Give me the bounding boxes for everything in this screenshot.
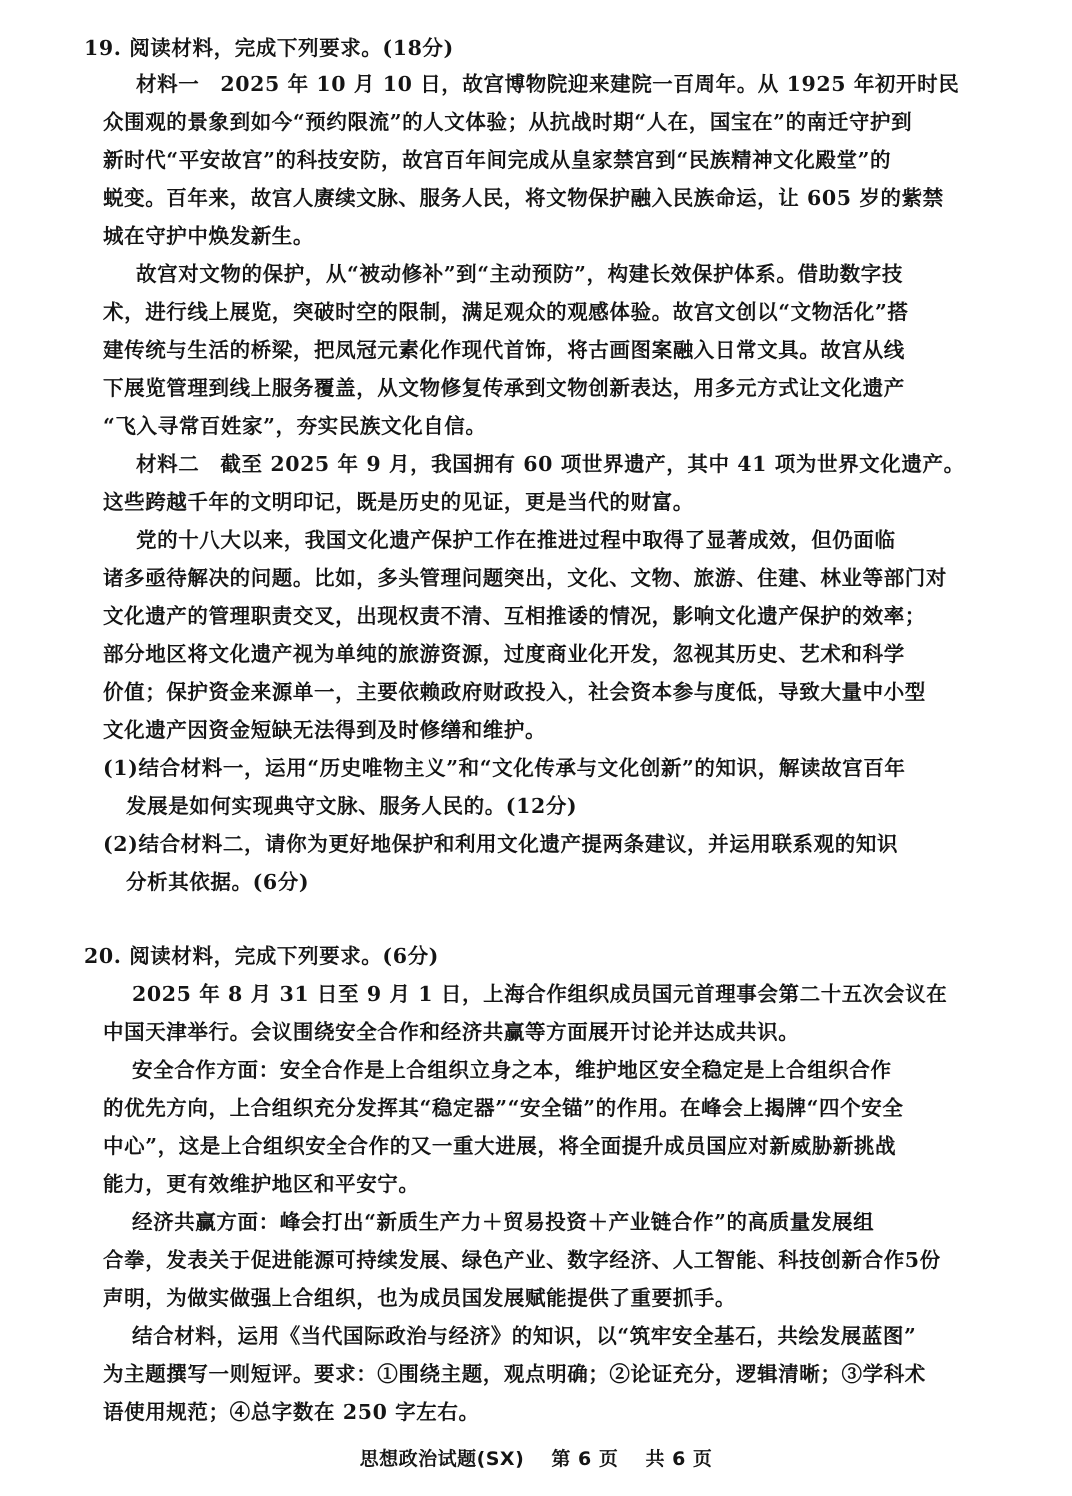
paragraph-line: 分析其依据。(6分)	[126, 868, 309, 896]
paragraph-line: 新时代“平安故宫”的科技安防，故宫百年间完成从皇家禁宫到“民族精神文化殿堂”的	[103, 146, 891, 174]
paragraph-line: 术，进行线上展览，突破时空的限制，满足观众的观感体验。故宫文创以“文物活化”搭	[103, 298, 908, 326]
footer-total-pages: 共 6 页	[645, 1448, 712, 1470]
paragraph-line: (1)结合材料一，运用“历史唯物主义”和“文化传承与文化创新”的知识，解读故宫百…	[103, 754, 905, 782]
paragraph-line: 的优先方向，上合组织充分发挥其“稳定器”“安全锚”的作用。在峰会上揭牌“四个安全	[103, 1094, 903, 1122]
paragraph-line: 声明，为做实做强上合组织，也为成员国发展赋能提供了重要抓手。	[103, 1284, 736, 1312]
paragraph-line: (2)结合材料二，请你为更好地保护和利用文化遗产提两条建议，并运用联系观的知识	[103, 830, 898, 858]
paragraph-line: 文化遗产的管理职责交叉，出现权责不清、互相推诿的情况，影响文化遗产保护的效率；	[103, 602, 926, 630]
page-footer: 思想政治试题(SX) 第 6 页 共 6 页	[0, 1446, 1072, 1472]
paragraph-line: 2025 年 8 月 31 日至 9 月 1 日，上海合作组织成员国元首理事会第…	[132, 980, 947, 1008]
footer-page-number: 第 6 页	[551, 1448, 618, 1470]
q19-title: 19. 阅读材料，完成下列要求。(18分)	[84, 34, 454, 62]
paragraph-line: 材料一 2025 年 10 月 10 日，故宫博物院迎来建院一百周年。从 192…	[136, 70, 959, 98]
q20-title: 20. 阅读材料，完成下列要求。(6分)	[84, 942, 439, 970]
paragraph-line: 城在守护中焕发新生。	[103, 222, 314, 250]
paragraph-line: 经济共赢方面：峰会打出“新质生产力＋贸易投资＋产业链合作”的高质量发展组	[132, 1208, 874, 1236]
paragraph-line: 合拳，发表关于促进能源可持续发展、绿色产业、数字经济、人工智能、科技创新合作5份	[103, 1246, 941, 1274]
paragraph-line: 发展是如何实现典守文脉、服务人民的。(12分)	[126, 792, 577, 820]
paragraph-line: 文化遗产因资金短缺无法得到及时修缮和维护。	[103, 716, 546, 744]
exam-page: 19. 阅读材料，完成下列要求。(18分) 材料一 2025 年 10 月 10…	[0, 0, 1072, 1496]
paragraph-line: 诸多亟待解决的问题。比如，多头管理问题突出，文化、文物、旅游、住建、林业等部门对	[103, 564, 947, 592]
paragraph-line: 中国天津举行。会议围绕安全合作和经济共赢等方面展开讨论并达成共识。	[103, 1018, 799, 1046]
paragraph-line: 语使用规范；④总字数在 250 字左右。	[103, 1398, 480, 1426]
paragraph-line: 结合材料，运用《当代国际政治与经济》的知识，以“筑牢安全基石，共绘发展蓝图”	[132, 1322, 916, 1350]
footer-subject: 思想政治试题(SX)	[360, 1448, 525, 1470]
paragraph-line: 能力，更有效维护地区和平安宁。	[103, 1170, 420, 1198]
paragraph-line: 故宫对文物的保护，从“被动修补”到“主动预防”，构建长效保护体系。借助数字技	[136, 260, 903, 288]
paragraph-line: 部分地区将文化遗产视为单纯的旅游资源，过度商业化开发，忽视其历史、艺术和科学	[103, 640, 905, 668]
paragraph-line: 众围观的景象到如今“预约限流”的人文体验；从抗战时期“人在，国宝在”的南迁守护到	[103, 108, 912, 136]
paragraph-line: 下展览管理到线上服务覆盖，从文物修复传承到文物创新表达，用多元方式让文化遗产	[103, 374, 905, 402]
paragraph-line: 价值；保护资金来源单一，主要依赖政府财政投入，社会资本参与度低，导致大量中小型	[103, 678, 926, 706]
paragraph-line: 建传统与生活的桥梁，把凤冠元素化作现代首饰，将古画图案融入日常文具。故宫从线	[103, 336, 905, 364]
paragraph-line: 中心”，这是上合组织安全合作的又一重大进展，将全面提升成员国应对新威胁新挑战	[103, 1132, 896, 1160]
paragraph-line: 安全合作方面：安全合作是上合组织立身之本，维护地区安全稳定是上合组织合作	[132, 1056, 892, 1084]
paragraph-line: 为主题撰写一则短评。要求：①围绕主题，观点明确；②论证充分，逻辑清晰；③学科术	[103, 1360, 926, 1388]
paragraph-line: “飞入寻常百姓家”，夯实民族文化自信。	[103, 412, 486, 440]
paragraph-line: 这些跨越千年的文明印记，既是历史的见证，更是当代的财富。	[103, 488, 694, 516]
paragraph-line: 材料二 截至 2025 年 9 月，我国拥有 60 项世界遗产，其中 41 项为…	[136, 450, 965, 478]
paragraph-line: 党的十八大以来，我国文化遗产保护工作在推进过程中取得了显著成效，但仍面临	[136, 526, 896, 554]
paragraph-line: 蜕变。百年来，故宫人赓续文脉、服务人民，将文物保护融入民族命运，让 605 岁的…	[103, 184, 944, 212]
